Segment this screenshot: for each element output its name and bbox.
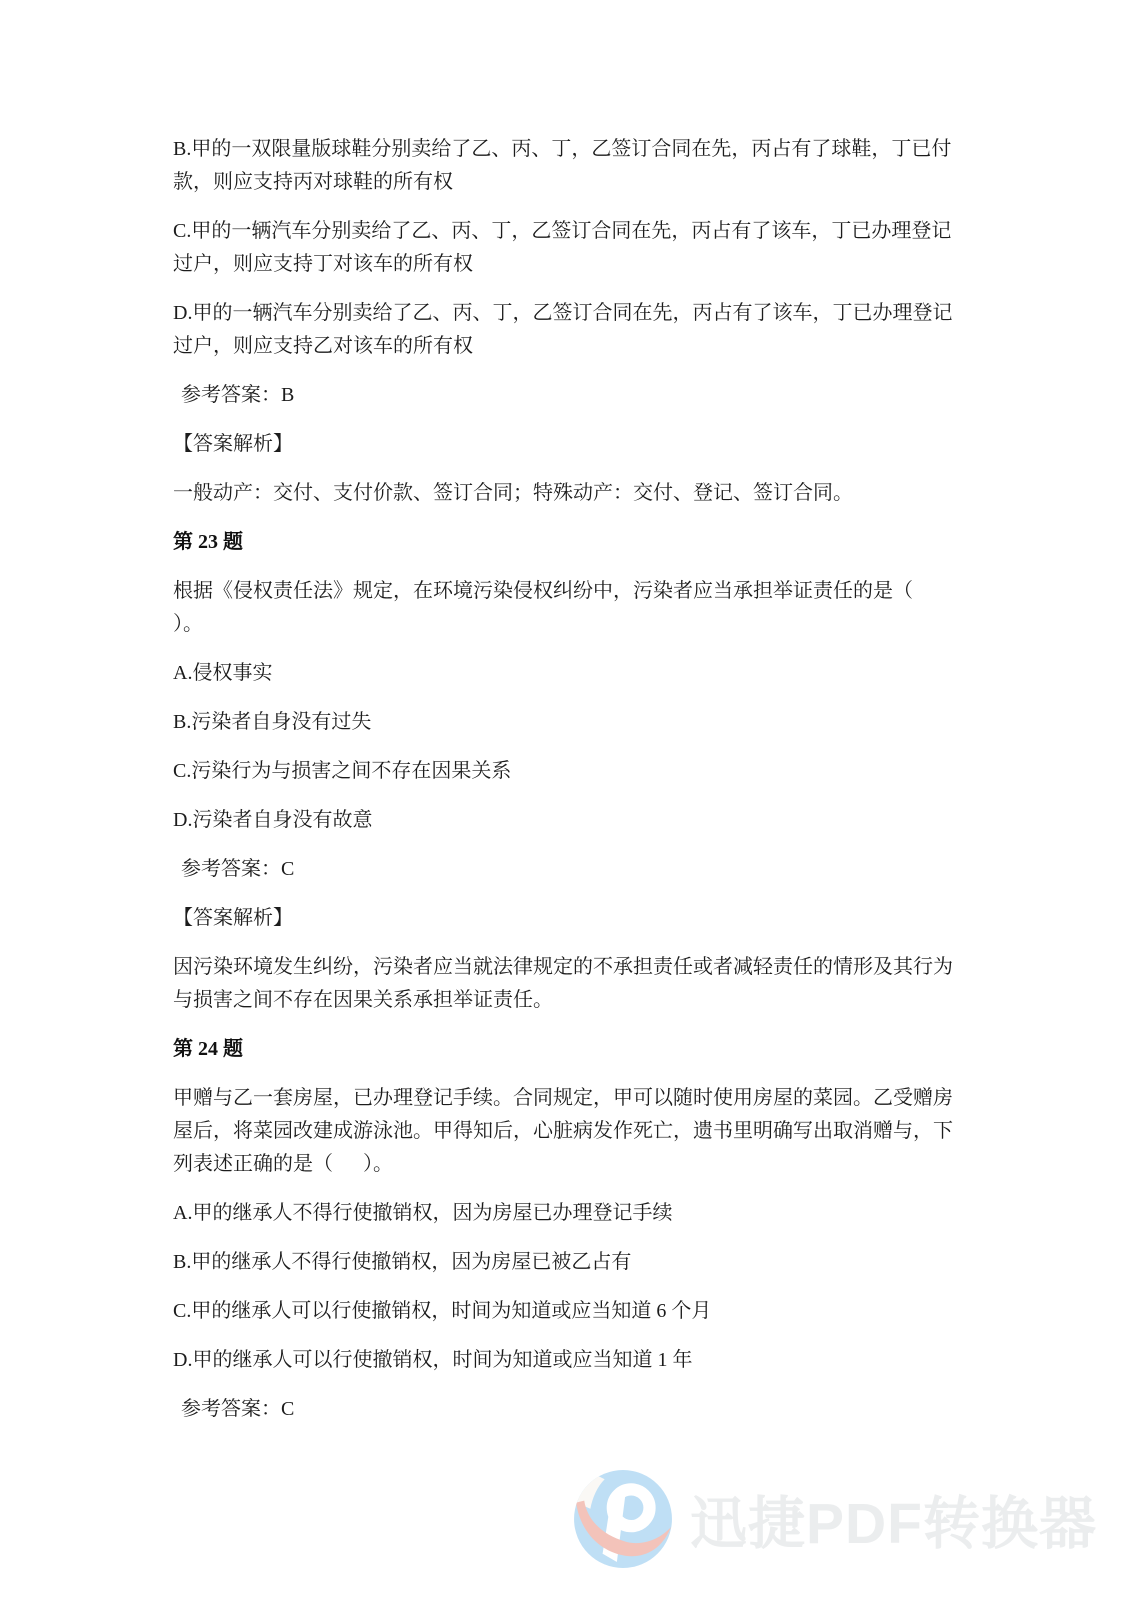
q23-option-b: B.污染者自身没有过失: [173, 706, 965, 739]
q24-option-b: B.甲的继承人不得行使撤销权，因为房屋已被乙占有: [173, 1246, 965, 1279]
watermark: 迅捷PDF转换器: [572, 1468, 1097, 1570]
q23-reference-answer: 参考答案：C: [173, 853, 965, 886]
q24-reference-answer: 参考答案：C: [173, 1393, 965, 1426]
q22-analysis-text: 一般动产：交付、支付价款、签订合同；特殊动产：交付、登记、签订合同。: [173, 477, 965, 510]
q24-option-a: A.甲的继承人不得行使撤销权，因为房屋已办理登记手续: [173, 1197, 965, 1230]
q23-option-a: A.侵权事实: [173, 657, 965, 690]
watermark-text: 迅捷PDF转换器: [690, 1478, 1097, 1560]
q23-stem: 根据《侵权责任法》规定，在环境污染侵权纠纷中，污染者应当承担举证责任的是（ ）。: [173, 575, 965, 641]
q23-analysis-header: 【答案解析】: [173, 902, 965, 935]
xunjie-pdf-converter-logo-icon: [572, 1468, 674, 1570]
q22-analysis-header: 【答案解析】: [173, 428, 965, 461]
q22-option-d: D.甲的一辆汽车分别卖给了乙、丙、丁，乙签订合同在先，丙占有了该车，丁已办理登记…: [173, 297, 965, 363]
q24-option-c: C.甲的继承人可以行使撤销权，时间为知道或应当知道 6 个月: [173, 1295, 965, 1328]
document-page: B.甲的一双限量版球鞋分别卖给了乙、丙、丁，乙签订合同在先，丙占有了球鞋，丁已付…: [0, 0, 1131, 1600]
q23-heading: 第 23 题: [173, 526, 965, 559]
q22-reference-answer: 参考答案：B: [173, 379, 965, 412]
q24-option-d: D.甲的继承人可以行使撤销权，时间为知道或应当知道 1 年: [173, 1344, 965, 1377]
q24-stem: 甲赠与乙一套房屋，已办理登记手续。合同规定，甲可以随时使用房屋的菜园。乙受赠房屋…: [173, 1082, 965, 1181]
q23-option-d: D.污染者自身没有故意: [173, 804, 965, 837]
q23-analysis-text: 因污染环境发生纠纷，污染者应当就法律规定的不承担责任或者减轻责任的情形及其行为与…: [173, 951, 965, 1017]
q22-option-c: C.甲的一辆汽车分别卖给了乙、丙、丁，乙签订合同在先，丙占有了该车，丁已办理登记…: [173, 215, 965, 281]
q22-option-b: B.甲的一双限量版球鞋分别卖给了乙、丙、丁，乙签订合同在先，丙占有了球鞋，丁已付…: [173, 133, 965, 199]
q23-option-c: C.污染行为与损害之间不存在因果关系: [173, 755, 965, 788]
q24-heading: 第 24 题: [173, 1033, 965, 1066]
document-body: B.甲的一双限量版球鞋分别卖给了乙、丙、丁，乙签订合同在先，丙占有了球鞋，丁已付…: [173, 133, 965, 1442]
